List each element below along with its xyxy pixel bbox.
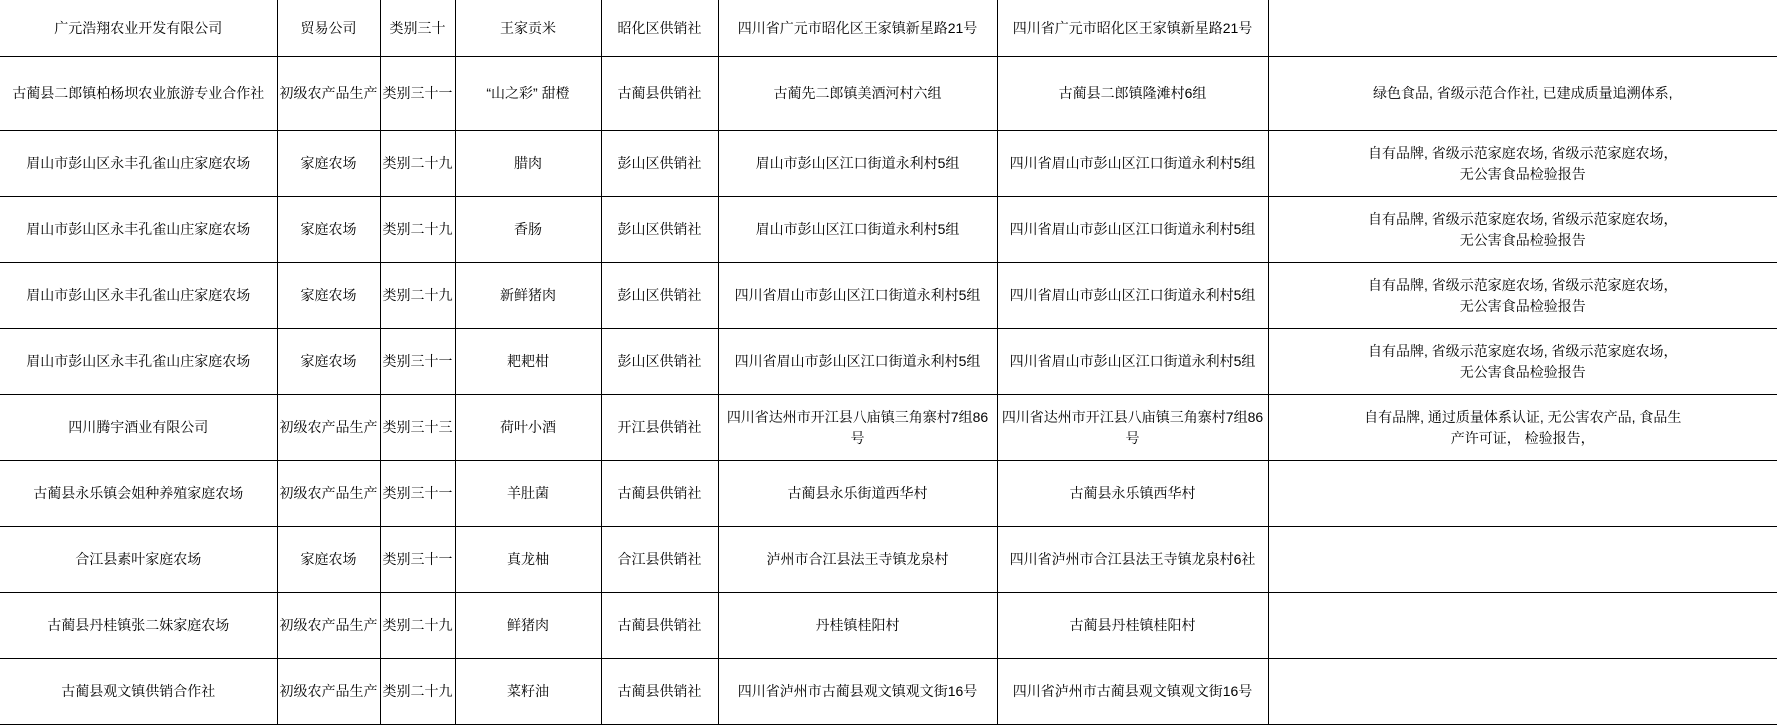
cell-business-type[interactable]: 家庭农场 [277, 197, 380, 263]
cell-cooperative[interactable]: 昭化区供销社 [601, 0, 718, 57]
cell-product-name[interactable]: 菜籽油 [455, 659, 601, 725]
cell-business-type[interactable]: 家庭农场 [277, 263, 380, 329]
cell-business-type[interactable]: 初级农产品生产 [277, 461, 380, 527]
cell-product-name[interactable]: 荷叶小酒 [455, 395, 601, 461]
cell-category[interactable]: 类别二十九 [380, 593, 455, 659]
cell-address-2[interactable]: 四川省广元市昭化区王家镇新星路21号 [997, 0, 1268, 57]
cell-company-name[interactable]: 古蔺县观文镇供销合作社 [0, 659, 277, 725]
cell-address-1[interactable]: 四川省广元市昭化区王家镇新星路21号 [718, 0, 997, 57]
cell-company-name[interactable]: 四川腾宇酒业有限公司 [0, 395, 277, 461]
table-body: 广元浩翔农业开发有限公司贸易公司类别三十王家贡米昭化区供销社四川省广元市昭化区王… [0, 0, 1777, 725]
cell-category[interactable]: 类别三十一 [380, 57, 455, 131]
cell-business-type[interactable]: 初级农产品生产 [277, 593, 380, 659]
cell-business-type[interactable]: 初级农产品生产 [277, 395, 380, 461]
cell-remark[interactable] [1268, 0, 1777, 57]
cell-category[interactable]: 类别三十一 [380, 527, 455, 593]
cell-remark[interactable] [1268, 659, 1777, 725]
cell-address-2[interactable]: 四川省泸州市古蔺县观文镇观文街16号 [997, 659, 1268, 725]
table-row: 眉山市彭山区永丰孔雀山庄家庭农场家庭农场类别二十九腊肉彭山区供销社眉山市彭山区江… [0, 131, 1777, 197]
cell-business-type[interactable]: 家庭农场 [277, 329, 380, 395]
cell-cooperative[interactable]: 古蔺县供销社 [601, 57, 718, 131]
table-row: 合江县素叶家庭农场家庭农场类别三十一真龙柚合江县供销社泸州市合江县法王寺镇龙泉村… [0, 527, 1777, 593]
cell-address-1[interactable]: 泸州市合江县法王寺镇龙泉村 [718, 527, 997, 593]
cell-remark[interactable] [1268, 527, 1777, 593]
cell-business-type[interactable]: 初级农产品生产 [277, 659, 380, 725]
cell-address-1[interactable]: 四川省眉山市彭山区江口街道永利村5组 [718, 329, 997, 395]
cell-address-1[interactable]: 古蔺县永乐街道西华村 [718, 461, 997, 527]
cell-address-2[interactable]: 四川省泸州市合江县法王寺镇龙泉村6社 [997, 527, 1268, 593]
cell-product-name[interactable]: 王家贡米 [455, 0, 601, 57]
table-row: 古蔺县观文镇供销合作社初级农产品生产类别二十九菜籽油古蔺县供销社四川省泸州市古蔺… [0, 659, 1777, 725]
cell-category[interactable]: 类别二十九 [380, 131, 455, 197]
cell-remark[interactable]: 自有品牌, 省级示范家庭农场, 省级示范家庭农场， 无公害食品检验报告 [1268, 329, 1777, 395]
cell-address-1[interactable]: 四川省泸州市古蔺县观文镇观文街16号 [718, 659, 997, 725]
cell-remark[interactable] [1268, 461, 1777, 527]
cell-product-name[interactable]: 香肠 [455, 197, 601, 263]
table-row: 广元浩翔农业开发有限公司贸易公司类别三十王家贡米昭化区供销社四川省广元市昭化区王… [0, 0, 1777, 57]
table-row: 古蔺县永乐镇会姐种养殖家庭农场初级农产品生产类别三十一羊肚菌古蔺县供销社古蔺县永… [0, 461, 1777, 527]
cell-cooperative[interactable]: 彭山区供销社 [601, 263, 718, 329]
cell-company-name[interactable]: 眉山市彭山区永丰孔雀山庄家庭农场 [0, 197, 277, 263]
table-row: 眉山市彭山区永丰孔雀山庄家庭农场家庭农场类别二十九香肠彭山区供销社眉山市彭山区江… [0, 197, 1777, 263]
cell-company-name[interactable]: 眉山市彭山区永丰孔雀山庄家庭农场 [0, 263, 277, 329]
cell-product-name[interactable]: 新鲜猪肉 [455, 263, 601, 329]
cell-remark[interactable] [1268, 593, 1777, 659]
cell-company-name[interactable]: 眉山市彭山区永丰孔雀山庄家庭农场 [0, 131, 277, 197]
table-row: 眉山市彭山区永丰孔雀山庄家庭农场家庭农场类别三十一耙耙柑彭山区供销社四川省眉山市… [0, 329, 1777, 395]
supplier-products-table: 广元浩翔农业开发有限公司贸易公司类别三十王家贡米昭化区供销社四川省广元市昭化区王… [0, 0, 1777, 725]
cell-remark[interactable]: 绿色食品, 省级示范合作社, 已建成质量追溯体系, [1268, 57, 1777, 131]
cell-address-1[interactable]: 眉山市彭山区江口街道永利村5组 [718, 131, 997, 197]
cell-address-2[interactable]: 四川省眉山市彭山区江口街道永利村5组 [997, 197, 1268, 263]
cell-company-name[interactable]: 古蔺县二郎镇柏杨坝农业旅游专业合作社 [0, 57, 277, 131]
cell-product-name[interactable]: 鲜猪肉 [455, 593, 601, 659]
cell-business-type[interactable]: 贸易公司 [277, 0, 380, 57]
cell-address-2[interactable]: 四川省达州市开江县八庙镇三角寨村7组86号 [997, 395, 1268, 461]
cell-remark[interactable]: 自有品牌, 省级示范家庭农场, 省级示范家庭农场， 无公害食品检验报告 [1268, 263, 1777, 329]
cell-company-name[interactable]: 合江县素叶家庭农场 [0, 527, 277, 593]
table-row: 古蔺县二郎镇柏杨坝农业旅游专业合作社初级农产品生产类别三十一“山之彩” 甜橙古蔺… [0, 57, 1777, 131]
cell-company-name[interactable]: 广元浩翔农业开发有限公司 [0, 0, 277, 57]
cell-category[interactable]: 类别三十一 [380, 329, 455, 395]
cell-cooperative[interactable]: 开江县供销社 [601, 395, 718, 461]
cell-remark[interactable]: 自有品牌, 省级示范家庭农场, 省级示范家庭农场， 无公害食品检验报告 [1268, 197, 1777, 263]
cell-address-2[interactable]: 四川省眉山市彭山区江口街道永利村5组 [997, 329, 1268, 395]
cell-cooperative[interactable]: 古蔺县供销社 [601, 593, 718, 659]
cell-cooperative[interactable]: 彭山区供销社 [601, 197, 718, 263]
cell-address-1[interactable]: 四川省眉山市彭山区江口街道永利村5组 [718, 263, 997, 329]
cell-address-1[interactable]: 丹桂镇桂阳村 [718, 593, 997, 659]
cell-category[interactable]: 类别三十一 [380, 461, 455, 527]
cell-product-name[interactable]: 真龙柚 [455, 527, 601, 593]
cell-cooperative[interactable]: 彭山区供销社 [601, 329, 718, 395]
cell-address-2[interactable]: 四川省眉山市彭山区江口街道永利村5组 [997, 131, 1268, 197]
cell-product-name[interactable]: 腊肉 [455, 131, 601, 197]
cell-business-type[interactable]: 家庭农场 [277, 131, 380, 197]
cell-address-1[interactable]: 古蔺先二郎镇美酒河村六组 [718, 57, 997, 131]
table-screenshot: 广元浩翔农业开发有限公司贸易公司类别三十王家贡米昭化区供销社四川省广元市昭化区王… [0, 0, 1777, 725]
cell-product-name[interactable]: 耙耙柑 [455, 329, 601, 395]
table-row: 古蔺县丹桂镇张二妹家庭农场初级农产品生产类别二十九鲜猪肉古蔺县供销社丹桂镇桂阳村… [0, 593, 1777, 659]
cell-category[interactable]: 类别二十九 [380, 659, 455, 725]
cell-cooperative[interactable]: 合江县供销社 [601, 527, 718, 593]
cell-business-type[interactable]: 初级农产品生产 [277, 57, 380, 131]
cell-category[interactable]: 类别二十九 [380, 263, 455, 329]
table-row: 四川腾宇酒业有限公司初级农产品生产类别三十三荷叶小酒开江县供销社四川省达州市开江… [0, 395, 1777, 461]
cell-company-name[interactable]: 眉山市彭山区永丰孔雀山庄家庭农场 [0, 329, 277, 395]
cell-cooperative[interactable]: 彭山区供销社 [601, 131, 718, 197]
cell-product-name[interactable]: “山之彩” 甜橙 [455, 57, 601, 131]
table-row: 眉山市彭山区永丰孔雀山庄家庭农场家庭农场类别二十九新鲜猪肉彭山区供销社四川省眉山… [0, 263, 1777, 329]
cell-company-name[interactable]: 古蔺县丹桂镇张二妹家庭农场 [0, 593, 277, 659]
cell-category[interactable]: 类别二十九 [380, 197, 455, 263]
cell-address-2[interactable]: 古蔺县丹桂镇桂阳村 [997, 593, 1268, 659]
cell-category[interactable]: 类别三十三 [380, 395, 455, 461]
cell-remark[interactable]: 自有品牌, 通过质量体系认证, 无公害农产品, 食品生 产许可证， 检验报告， [1268, 395, 1777, 461]
cell-cooperative[interactable]: 古蔺县供销社 [601, 461, 718, 527]
cell-business-type[interactable]: 家庭农场 [277, 527, 380, 593]
cell-product-name[interactable]: 羊肚菌 [455, 461, 601, 527]
cell-address-2[interactable]: 古蔺县二郎镇隆滩村6组 [997, 57, 1268, 131]
cell-category[interactable]: 类别三十 [380, 0, 455, 57]
cell-address-2[interactable]: 古蔺县永乐镇西华村 [997, 461, 1268, 527]
cell-remark[interactable]: 自有品牌, 省级示范家庭农场, 省级示范家庭农场， 无公害食品检验报告 [1268, 131, 1777, 197]
cell-cooperative[interactable]: 古蔺县供销社 [601, 659, 718, 725]
cell-address-2[interactable]: 四川省眉山市彭山区江口街道永利村5组 [997, 263, 1268, 329]
cell-address-1[interactable]: 四川省达州市开江县八庙镇三角寨村7组86号 [718, 395, 997, 461]
cell-company-name[interactable]: 古蔺县永乐镇会姐种养殖家庭农场 [0, 461, 277, 527]
cell-address-1[interactable]: 眉山市彭山区江口街道永利村5组 [718, 197, 997, 263]
